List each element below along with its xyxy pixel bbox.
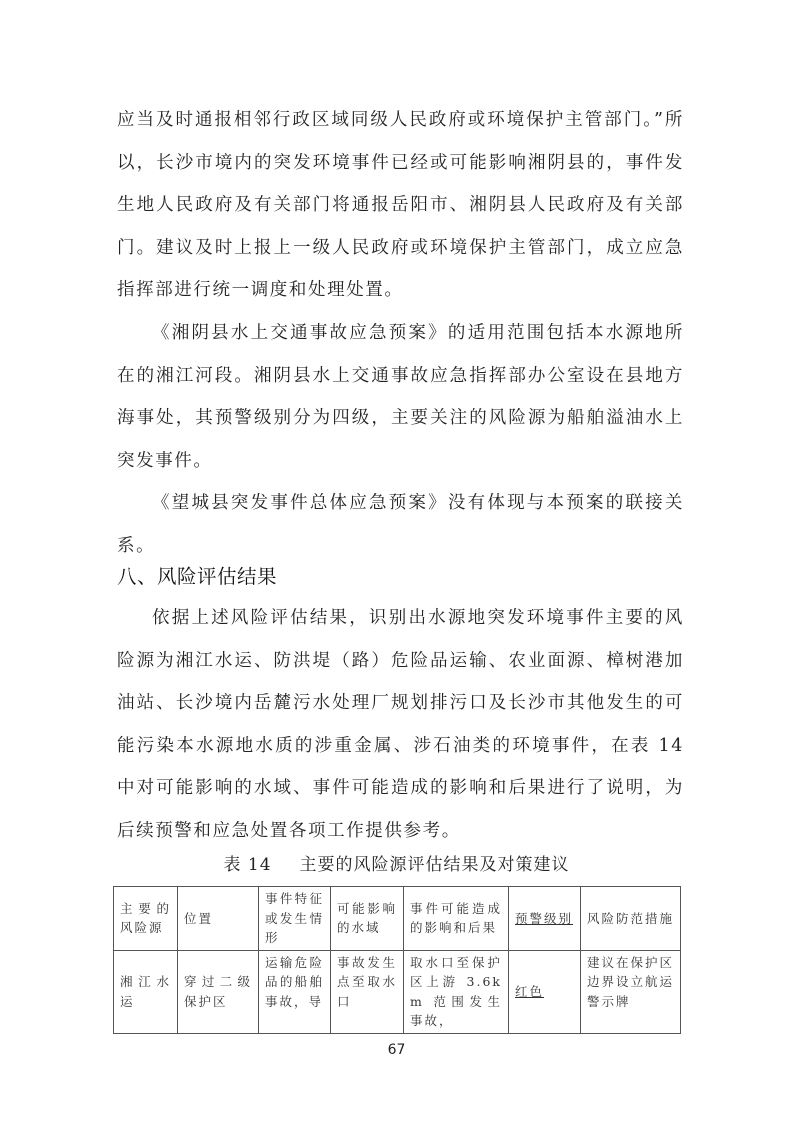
cell-affected-waters: 事故发生点至取水口 xyxy=(331,950,404,1033)
table-caption-number: 表 14 xyxy=(223,855,271,875)
cell-location: 穿过二级保护区 xyxy=(178,950,259,1033)
page-number: 67 xyxy=(0,1042,793,1058)
header-event-feature: 事件特征或发生情形 xyxy=(259,887,331,951)
paragraph-wangcheng-plan: 《望城县突发事件总体应急预案》没有体现与本预案的联接关系。 xyxy=(117,482,684,567)
paragraph-notification: 应当及时通报相邻行政区域同级人民政府或环境保护主管部门。”所以，长沙市境内的突发… xyxy=(117,99,684,312)
cell-impact: 取水口至保护区上游 3.6km 范围发生事故， xyxy=(404,950,509,1033)
header-warning-level: 预警级别 xyxy=(509,887,581,951)
cell-event-feature: 运输危险品的船舶事故，导 xyxy=(259,950,331,1033)
section-heading: 八、风险评估结果 xyxy=(117,561,277,589)
risk-assessment-table: 主要的风险源 位置 事件特征或发生情形 可能影响的水域 事件可能造成的影响和后果… xyxy=(113,886,681,1034)
document-page: 应当及时通报相邻行政区域同级人民政府或环境保护主管部门。”所以，长沙市境内的突发… xyxy=(0,0,793,1122)
header-location: 位置 xyxy=(178,887,259,951)
table-caption-title: 主要的风险源评估结果及对策建议 xyxy=(300,855,570,875)
paragraph-xiangyin-plan: 《湘阴县水上交通事故应急预案》的适用范围包括本水源地所在的湘江河段。湘阴县水上交… xyxy=(117,312,684,482)
cell-prevention: 建议在保护区边界设立航运警示牌 xyxy=(581,950,681,1033)
table-header-row: 主要的风险源 位置 事件特征或发生情形 可能影响的水域 事件可能造成的影响和后果… xyxy=(114,887,681,951)
cell-warning-level: 红色 xyxy=(515,984,544,999)
header-impact: 事件可能造成的影响和后果 xyxy=(404,887,509,951)
header-prevention: 风险防范措施 xyxy=(581,887,681,951)
table-caption: 表 14主要的风险源评估结果及对策建议 xyxy=(0,850,793,875)
paragraph-risk-result: 依据上述风险评估结果，识别出水源地突发环境事件主要的风险源为湘江水运、防洪堤（路… xyxy=(117,597,684,852)
header-affected-waters: 可能影响的水域 xyxy=(331,887,404,951)
table-row: 湘江水运 穿过二级保护区 运输危险品的船舶事故，导 事故发生点至取水口 取水口至… xyxy=(114,950,681,1033)
header-risk-source: 主要的风险源 xyxy=(114,887,178,951)
cell-risk-source: 湘江水运 xyxy=(114,950,178,1033)
